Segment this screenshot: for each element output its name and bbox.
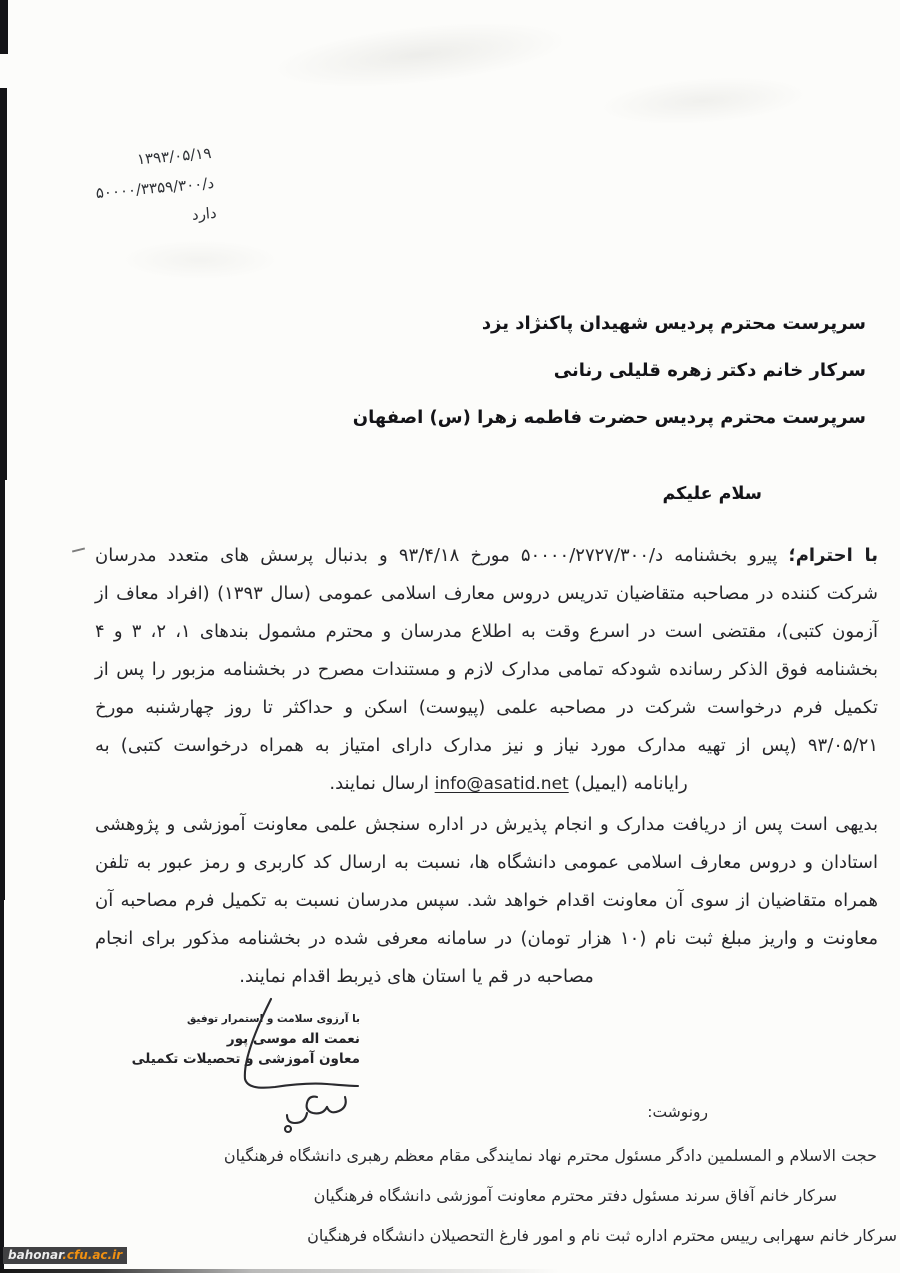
reference-stamp: ۱۳۹۳/۰۵/۱۹ د/۵۰۰۰۰/۳۳۵۹/۳۰۰ دارد	[53, 138, 218, 241]
paragraph-line: معاونت و واریز مبلغ ثبت نام (۱۰ هزار توم…	[95, 920, 878, 958]
recipient-line: سرپرست محترم پردیس شهیدان پاکنژاد یزد	[353, 300, 866, 347]
watermark-domain: .cfu.ac.ir	[62, 1248, 122, 1262]
paragraph-line: شرکت کننده در مصاحبه متقاضیان تدریس دروس…	[95, 575, 878, 613]
scanner-edge-shadow	[0, 480, 5, 900]
paragraph-line: همراه متقاضیان از سوی آن معاونت اقدام خو…	[95, 882, 878, 920]
signature-scribble-icon	[195, 985, 425, 1145]
respect-opening: با احترام؛	[789, 545, 878, 566]
site-watermark: bahonar.cfu.ac.ir	[3, 1247, 127, 1264]
scan-smudge	[597, 71, 810, 132]
cc-item: سرکار خانم آفاق سرند مسئول دفتر محترم مع…	[224, 1176, 837, 1216]
paragraph-line: تکمیل فرم درخواست شرکت در مصاحبه علمی (پ…	[95, 689, 878, 727]
paragraph-line: استادان و دروس معارف اسلامی عمومی دانشگا…	[95, 844, 878, 882]
paragraph-line: با احترام؛ پیرو بخشنامه د/۵۰۰۰۰/۲۷۲۷/۳۰۰…	[95, 537, 878, 575]
scanned-letter-page: ۱۳۹۳/۰۵/۱۹ د/۵۰۰۰۰/۳۳۵۹/۳۰۰ دارد سرپرست …	[0, 0, 900, 1273]
salutation: سلام علیکم	[662, 484, 762, 504]
scan-smudge	[268, 10, 572, 99]
cc-item: حجت الاسلام و المسلمین دادگر مسئول محترم…	[224, 1136, 877, 1176]
recipients-block: سرپرست محترم پردیس شهیدان پاکنژاد یزد سر…	[353, 300, 866, 441]
cc-label: رونوشت:	[647, 1103, 708, 1121]
watermark-name: bahonar	[8, 1248, 62, 1262]
paragraph-line: رایانامه (ایمیل) info@asatid.net ارسال ن…	[139, 765, 878, 803]
scanner-edge-shadow	[0, 0, 8, 54]
body-paragraph-2: بدیهی است پس از دریافت مدارک و انجام پذی…	[95, 806, 878, 996]
paragraph-line: بخشنامه فوق الذکر رسانده شودکه تمامی مدا…	[95, 651, 878, 689]
scanner-edge-shadow	[0, 900, 4, 1273]
recipient-line: سرپرست محترم پردیس حضرت فاطمه زهرا (س) ا…	[353, 394, 866, 441]
cc-list: حجت الاسلام و المسلمین دادگر مسئول محترم…	[224, 1136, 897, 1256]
scanner-edge-shadow	[0, 88, 7, 480]
body-paragraph-1: با احترام؛ پیرو بخشنامه د/۵۰۰۰۰/۲۷۲۷/۳۰۰…	[95, 537, 878, 803]
cc-item: سرکار خانم سهرابی رییس محترم اداره ثبت ن…	[224, 1216, 897, 1256]
recipient-line: سرکار خانم دکتر زهره قلیلی رنانی	[353, 347, 866, 394]
paragraph-line: ۹۳/۰۵/۲۱ (پس از تهیه مدارک مورد نیاز و ن…	[95, 727, 878, 765]
scan-smudge	[120, 240, 280, 280]
paragraph-line: بدیهی است پس از دریافت مدارک و انجام پذی…	[95, 806, 878, 844]
paragraph-line: آزمون کتبی)، مقتضی است در اسرع وقت به اط…	[95, 613, 878, 651]
email-address: info@asatid.net	[435, 774, 569, 794]
scan-artifact	[72, 547, 85, 552]
scanner-bottom-shadow	[0, 1269, 560, 1273]
circular-reference-number: د/۵۰۰۰۰/۲۷۲۷/۳۰۰	[521, 545, 663, 566]
